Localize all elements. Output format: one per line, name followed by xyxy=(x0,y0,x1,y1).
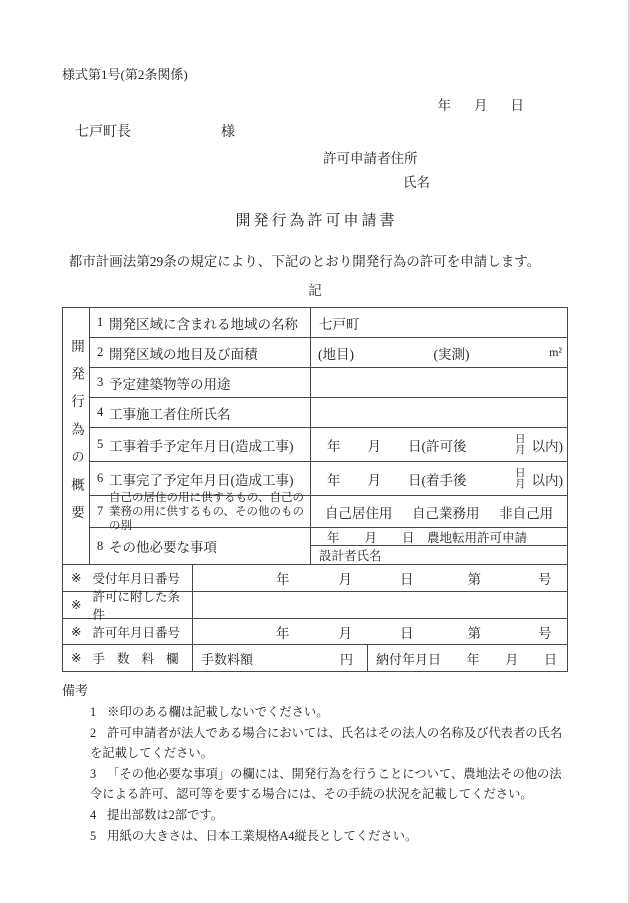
table-row-area-name: 1 開発区域に含まれる地域の名称 七戸町 xyxy=(90,308,567,338)
option-self-residential: 自己居住用 xyxy=(325,502,393,522)
completion-date-value: 年 月 日(着手後 日 月 以内) xyxy=(311,462,567,495)
note-text: 「その他必要な事項」の欄には、開発行為を行うことについて、農地法その他の法令によ… xyxy=(90,767,562,801)
record-mark: 記 xyxy=(62,279,568,299)
table-row-contractor: 4 工事施工者住所氏名 xyxy=(90,398,567,428)
start-date-value: 年 月 日(許可後 日 月 以内) xyxy=(311,428,567,461)
note-number: 1 xyxy=(90,705,96,719)
area-name-value: 七戸町 xyxy=(311,308,567,337)
form-number: 様式第1号(第2条関係) xyxy=(62,64,568,83)
payment-date-cell: 納付年月日 年 月 日 xyxy=(368,645,567,671)
yen-unit: 円 xyxy=(340,649,353,668)
contractor-value xyxy=(311,398,567,427)
row-label: 工事施工者住所氏名 xyxy=(109,403,231,423)
office-use-mark: ※ xyxy=(71,650,81,666)
fee-amount-cell: 手数料額 円 xyxy=(193,645,368,671)
row-label: 予定建築物等の用途 xyxy=(109,373,231,393)
note-text: 用紙の大きさは、日本工業規格A4縦長としてください。 xyxy=(107,829,417,843)
addressee-name: 七戸町長 xyxy=(75,121,131,141)
date-fill-text: 年 月 日(許可後 xyxy=(327,435,467,455)
row-number: 8 xyxy=(97,539,109,554)
within-suffix: 以内) xyxy=(532,469,564,489)
note-item: 2許可申請者が法人である場合においては、氏名はその法人の名称及び代表者の氏名を記… xyxy=(90,723,568,763)
permit-conditions-value xyxy=(193,592,567,618)
addressee-honorific: 様 xyxy=(221,121,235,141)
other-items-value: 年 月 日 農地転用許可申請 設計者氏名 xyxy=(311,528,567,564)
option-self-business: 自己業務用 xyxy=(412,502,480,522)
office-use-mark: ※ xyxy=(71,570,81,586)
farmland-conversion-line: 年 月 日 農地転用許可申請 xyxy=(311,528,567,546)
overview-section: 開発行為の概要 1 開発区域に含まれる地域の名称 七戸町 2 開発区域の地目及び… xyxy=(63,308,567,565)
option-non-self: 非自己用 xyxy=(499,502,553,522)
use-type-options: 自己居住用 自己業務用 非自己用 xyxy=(311,496,567,527)
table-row-start-date: 5 工事着手予定年月日(造成工事) 年 月 日(許可後 日 月 以内) xyxy=(90,428,567,462)
note-number: 2 xyxy=(90,726,96,740)
date-fill-text: 年 月 日(着手後 xyxy=(327,469,467,489)
office-use-mark: ※ xyxy=(71,624,81,640)
note-number: 4 xyxy=(90,808,96,822)
row-number: 7 xyxy=(97,504,109,519)
row-number: 4 xyxy=(97,405,109,420)
date-year-label: 年 xyxy=(438,94,452,114)
overview-rows: 1 開発区域に含まれる地域の名称 七戸町 2 開発区域の地目及び面積 (地目) … xyxy=(90,308,567,564)
office-row-label: 許可年月日番号 xyxy=(92,623,180,641)
row-number: 5 xyxy=(97,437,109,452)
within-suffix: 以内) xyxy=(532,435,564,455)
note-text: 提出部数は2部です。 xyxy=(107,808,223,822)
application-form-page: 様式第1号(第2条関係) 年 月 日 七戸町長 様 許可申請者住所 氏名 開発行… xyxy=(0,0,630,846)
receipt-date-value: 年 月 日 第 号 xyxy=(193,565,567,591)
application-table: 開発行為の概要 1 開発区域に含まれる地域の名称 七戸町 2 開発区域の地目及び… xyxy=(62,307,568,672)
table-row-building-use: 3 予定建築物等の用途 xyxy=(90,368,567,398)
document-title: 開発行為許可申請書 xyxy=(62,209,568,230)
note-number: 5 xyxy=(90,829,96,843)
row-number: 1 xyxy=(97,315,109,330)
date-month-label: 月 xyxy=(474,94,488,114)
note-item: 5用紙の大きさは、日本工業規格A4縦長としてください。 xyxy=(90,826,568,846)
permit-date-value: 年 月 日 第 号 xyxy=(193,619,567,644)
row-label: その他必要な事項 xyxy=(109,536,217,556)
note-item: 3「その他必要な事項」の欄には、開発行為を行うことについて、農地法その他の法令に… xyxy=(90,764,568,804)
overview-side-header: 開発行為の概要 xyxy=(63,308,90,564)
overview-side-label: 開発行為の概要 xyxy=(66,339,86,533)
land-area-value: (地目) (実測) m² xyxy=(311,338,567,367)
row-number: 2 xyxy=(97,345,109,360)
notes-section: 備考 1※印のある欄は記載しないでください。 2許可申請者が法人である場合におい… xyxy=(62,681,568,846)
table-row-land-area: 2 開発区域の地目及び面積 (地目) (実測) m² xyxy=(90,338,567,368)
notes-title: 備考 xyxy=(62,681,568,701)
applicant-address-label: 許可申請者住所 xyxy=(62,147,568,167)
note-number: 3 xyxy=(90,767,96,781)
note-item: 4提出部数は2部です。 xyxy=(90,805,568,825)
area-name-text: 七戸町 xyxy=(319,313,360,333)
date-day-label: 日 xyxy=(511,94,525,114)
day-month-stack: 日 月 xyxy=(515,468,526,490)
payment-date-label: 納付年月日 xyxy=(376,649,441,668)
addressee-line: 七戸町長 様 xyxy=(75,121,568,141)
row-number: 3 xyxy=(97,375,109,390)
row-label: 工事完了予定年月日(造成工事) xyxy=(109,469,294,489)
land-category-blank: (地目) xyxy=(318,343,354,363)
office-use-mark: ※ xyxy=(71,597,81,613)
day-month-stack: 日 月 xyxy=(515,434,526,456)
square-meter-unit: m² xyxy=(549,345,562,360)
office-row-fee: ※ 手数料欄 手数料額 円 納付年月日 年 月 日 xyxy=(63,645,567,671)
office-row-permit-conditions: ※ 許可に附した条件 xyxy=(63,592,567,619)
row-label: 自己の居住の用に供するもの、自己の業務の用に供するもの、その他のものの別 xyxy=(109,491,310,533)
note-text: 許可申請者が法人である場合においては、氏名はその法人の名称及び代表者の氏名を記載… xyxy=(90,726,562,760)
applicant-name-label: 氏名 xyxy=(62,171,568,191)
table-row-use-type: 7 自己の居住の用に供するもの、自己の業務の用に供するもの、その他のものの別 自… xyxy=(90,496,567,528)
intro-sentence: 都市計画法第29条の規定により、下記のとおり開発行為の許可を申請します。 xyxy=(62,250,568,270)
table-row-other-items: 8 その他必要な事項 年 月 日 農地転用許可申請 設計者氏名 xyxy=(90,528,567,564)
designer-name-line: 設計者氏名 xyxy=(311,546,567,564)
row-number: 6 xyxy=(97,471,109,486)
fee-amount-label: 手数料額 xyxy=(201,649,253,668)
note-text: ※印のある欄は記載しないでください。 xyxy=(107,705,328,719)
office-row-label: 手数料欄 xyxy=(92,649,190,667)
note-item: 1※印のある欄は記載しないでください。 xyxy=(90,702,568,722)
row-label: 開発区域の地目及び面積 xyxy=(109,343,258,363)
office-row-label: 許可に附した条件 xyxy=(92,587,192,623)
date-line: 年 月 日 xyxy=(62,94,568,114)
office-row-permit-date: ※ 許可年月日番号 年 月 日 第 号 xyxy=(63,619,567,645)
row-label: 開発区域に含まれる地域の名称 xyxy=(109,313,298,333)
row-label: 工事着手予定年月日(造成工事) xyxy=(109,435,294,455)
office-row-label: 受付年月日番号 xyxy=(92,569,180,587)
measured-blank: (実測) xyxy=(434,343,470,363)
building-use-value xyxy=(311,368,567,397)
